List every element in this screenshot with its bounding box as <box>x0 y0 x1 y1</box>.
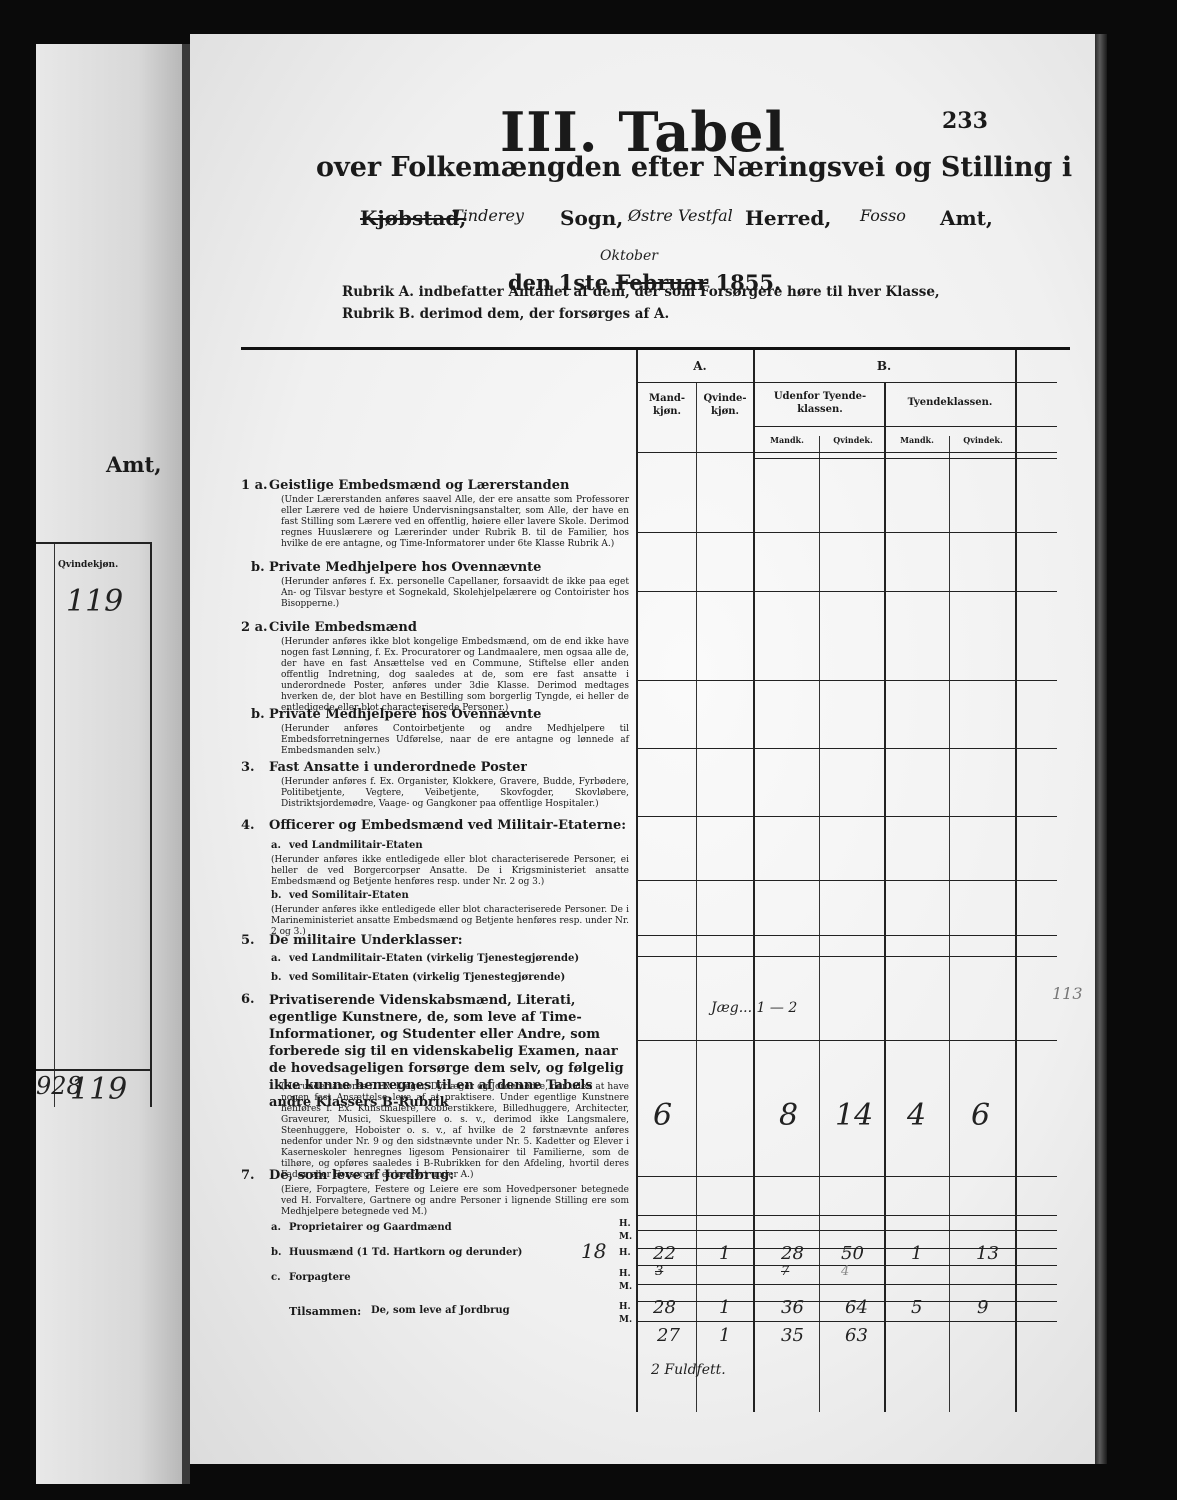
row6-a-mand: 6 <box>653 1098 672 1133</box>
table-row: 5. De militaire Underklasser: <box>241 933 633 951</box>
table-row: b. ved Somilitair-Etaten (Herunder anfør… <box>241 890 633 930</box>
total-b-tyende-qvinde: 9 <box>977 1297 988 1318</box>
table-row: 1 a. Geistlige Embedsmænd og Lærerstande… <box>241 478 633 548</box>
col-b-udenfor-mandk: Mandk. <box>757 434 817 447</box>
amt-value: Fosso <box>860 206 906 225</box>
inserted-month: Oktober <box>600 248 658 264</box>
col-b-udenfor-tyende: Udenfor Tyende-klassen. <box>761 390 879 416</box>
row6-b-udenfor-mand: 8 <box>779 1098 798 1133</box>
page-number: 233 <box>942 108 988 134</box>
row-note: (Herunder anføres f. Ex. Organister, Klo… <box>281 777 629 810</box>
sogn-label: Sogn, <box>560 206 623 230</box>
huusmaend-b-tyende-mand: 1 <box>911 1243 922 1264</box>
table-row: 7. De, som leve af Jordbrug: (Eiere, For… <box>241 1168 633 1228</box>
total-a-mand: 28 <box>653 1297 676 1318</box>
amt-label: Amt, <box>940 206 993 230</box>
group-b-header: B. <box>869 360 899 373</box>
book-gutter <box>182 44 190 1484</box>
row-label: De, som leve af Jordbrug: <box>269 1168 454 1183</box>
total-m-b-udenfor-qvinde: 63 <box>845 1325 868 1346</box>
col-b-tyende-mandk: Mandk. <box>887 434 947 447</box>
forpagtere-b-udenfor-qvinde: 4 <box>841 1264 849 1279</box>
total-a-qvinde: 1 <box>719 1297 730 1318</box>
table-row: b. Private Medhjelpere hos Ovennævnte (H… <box>241 707 633 747</box>
margin-note: 18 <box>581 1239 606 1263</box>
right-margin-note: 113 <box>1052 984 1083 1003</box>
table-row: a. ved Landmilitair-Etaten (Herunder anf… <box>241 840 633 890</box>
col-a-mandkjon: Mand-kjøn. <box>639 392 695 418</box>
row6-b-tyende-mand: 4 <box>907 1098 926 1133</box>
table-row: 2 a. Civile Embedsmænd (Herunder anføres… <box>241 620 633 710</box>
row6-b-tyende-qvinde: 6 <box>971 1098 990 1133</box>
col-a-qvindekjon: Qvinde-kjøn. <box>699 392 751 418</box>
row6-annotation: Jæg... 1 — 2 <box>711 1000 797 1016</box>
kjobstad-label: Kjøbstad, <box>360 206 466 230</box>
census-table: A. B. Mand-kjøn. Qvinde-kjøn. Udenfor Ty… <box>241 347 1070 1409</box>
previous-page-column-header: Qvindekjøn. <box>58 560 118 570</box>
total-m-a-qvinde: 1 <box>719 1325 730 1346</box>
row-note: (Eiere, Forpagtere, Festere og Leiere er… <box>281 1185 629 1218</box>
row-note: (Under Lærerstanden anføres saavel Alle,… <box>281 495 629 550</box>
table-row: 3. Fast Ansatte i underordnede Poster (H… <box>241 760 633 810</box>
total-b-udenfor-mand: 36 <box>781 1297 804 1318</box>
forpagtere-b-udenfor-mand: 7 <box>781 1264 789 1279</box>
huusmaend-a-mand: 22 <box>653 1243 676 1264</box>
row-label: Geistlige Embedsmænd og Lærerstanden <box>269 478 569 493</box>
total-m-a-mand: 27 <box>657 1325 680 1346</box>
table-row: b. ved Somilitair-Etaten (virkelig Tjene… <box>241 972 633 988</box>
previous-page-margin-note: 928 <box>36 1072 82 1100</box>
row-note: (Herunder anføres f. Ex. personelle Cape… <box>281 577 629 610</box>
total-b-tyende-mand: 5 <box>911 1297 922 1318</box>
col-b-tyende-qvindek: Qvindek. <box>953 434 1013 447</box>
row-label: Private Medhjelpere hos Ovennævnte <box>269 560 541 575</box>
row-note: (Herunder anføres ikke entledigede eller… <box>271 855 629 888</box>
row-label: De militaire Underklasser: <box>269 933 463 948</box>
row-note: (Herunder anføres ikke blot kongelige Em… <box>281 637 629 714</box>
row6-b-udenfor-qvinde: 14 <box>835 1098 873 1133</box>
previous-page-table: Qvindekjøn. 119 119 <box>36 542 152 1107</box>
row-label: ved Landmilitair-Etaten <box>289 840 423 851</box>
row-note: (Herunder anføres f. Ex. Læger, Dyrlæger… <box>281 1082 629 1181</box>
huusmaend-a-qvinde: 1 <box>719 1243 730 1264</box>
rubrik-b-note: Rubrik B. derimod dem, der forsørges af … <box>342 306 669 322</box>
forpagtere-a-mand: 3 <box>655 1264 663 1279</box>
col-b-udenfor-qvindek: Qvindek. <box>823 434 883 447</box>
total-m-b-udenfor-mand: 35 <box>781 1325 804 1346</box>
previous-page-amt-label: Amt, <box>106 452 162 477</box>
row-label: Civile Embedsmænd <box>269 620 417 635</box>
row-label: Officerer og Embedsmænd ved Militair-Eta… <box>269 818 626 833</box>
row-label: Private Medhjelpere hos Ovennævnte <box>269 707 541 722</box>
location-line: Kjøbstad, Tinderey Sogn, Østre Vestfal H… <box>360 202 1000 242</box>
huusmaend-b-tyende-qvinde: 13 <box>976 1243 999 1264</box>
page-subtitle: over Folkemængden efter Næringsvei og St… <box>316 152 1072 183</box>
herred-value: Østre Vestfal <box>628 206 733 225</box>
table-row: b. Private Medhjelpere hos Ovennævnte (H… <box>241 560 633 610</box>
sogn-value: Tinderey <box>452 206 524 225</box>
footnote: 2 Fuldfett. <box>651 1362 726 1378</box>
row-label: ved Landmilitair-Etaten (virkelig Tjenes… <box>289 953 579 964</box>
page-edge <box>1095 34 1107 1464</box>
table-row: 6. Privatiserende Videnskabsmænd, Litera… <box>241 992 633 1172</box>
herred-label: Herred, <box>745 206 831 230</box>
table-row: a. ved Landmilitair-Etaten (virkelig Tje… <box>241 953 633 969</box>
col-b-tyendeklassen: Tyendeklassen. <box>891 396 1009 409</box>
row-note: (Herunder anføres Contoirbetjente og and… <box>281 724 629 757</box>
group-a-header: A. <box>685 360 715 373</box>
census-page: III. Tabel 233 over Folkemængden efter N… <box>190 34 1095 1464</box>
rubrik-a-note: Rubrik A. indbefatter Antallet af dem, d… <box>342 284 940 300</box>
row-label: ved Somilitair-Etaten <box>289 890 409 901</box>
huusmaend-b-udenfor-qvinde: 50 <box>841 1243 864 1264</box>
row-label: Fast Ansatte i underordnede Poster <box>269 760 527 775</box>
huusmaend-b-udenfor-mand: 28 <box>781 1243 804 1264</box>
table-row: 4. Officerer og Embedsmænd ved Militair-… <box>241 818 633 838</box>
previous-page-fragment: Amt, Qvindekjøn. 119 119 928 <box>36 44 182 1484</box>
row-label: ved Somilitair-Etaten (virkelig Tjeneste… <box>289 972 565 983</box>
total-b-udenfor-qvinde: 64 <box>845 1297 868 1318</box>
previous-page-value-top: 119 <box>66 584 123 619</box>
